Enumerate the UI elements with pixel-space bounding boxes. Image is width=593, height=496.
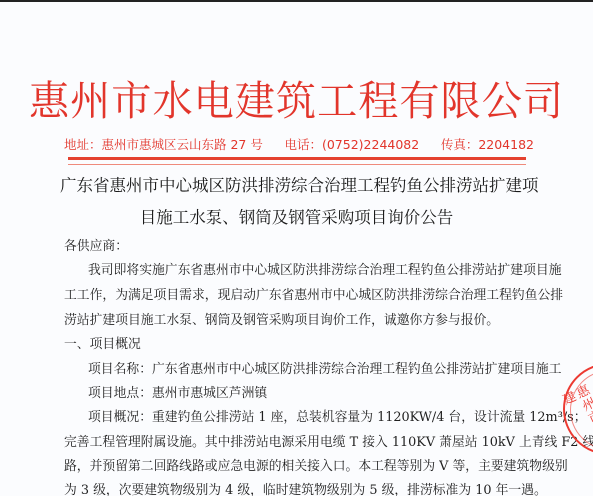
overview-line-2: 完善工程管理附属设施。其中排涝站电源采用电缆 T 接入 110KV 萧屋站 10… bbox=[64, 434, 534, 451]
letterhead-rule-thin bbox=[68, 164, 526, 165]
overview-line-4: 为 3 级，次要建筑物级别为 4 级，临时建筑物级别为 5 级，排涝标准为 10… bbox=[64, 482, 534, 496]
document-title-line-1: 广东省惠州市中心城区防洪排涝综合治理工程钓鱼公排涝站扩建项 bbox=[60, 175, 533, 197]
fax: 传真：2204182 bbox=[441, 136, 534, 154]
letterhead-rule-thick bbox=[68, 157, 526, 160]
intro-line-3: 涝站扩建项目施工水泵、钢筒及钢管采购项目询价工作，诚邀你方参与报价。 bbox=[64, 312, 534, 329]
phone: 电话：(0752)2244082 bbox=[284, 136, 419, 154]
project-location: 项目地点：惠州市惠城区芦洲镇 bbox=[88, 385, 558, 402]
page-top-edge bbox=[0, 0, 593, 2]
address: 地址：惠州市惠城区云山东路 27 号 bbox=[64, 136, 263, 154]
document-title-line-2: 目施工水泵、钢筒及钢管采购项目询价公告 bbox=[60, 207, 533, 229]
section-heading-project-overview: 一、项目概况 bbox=[64, 336, 534, 353]
intro-line-1: 我司即将实施广东省惠州市中心城区防洪排涝综合治理工程钓鱼公排涝站扩建项目施 bbox=[88, 262, 558, 279]
contact-line: 地址：惠州市惠城区云山东路 27 号 电话：(0752)2244082 传真：2… bbox=[64, 136, 534, 154]
project-name: 项目名称：广东省惠州市中心城区防洪排涝综合治理工程钓鱼公排涝站扩建项目施工 bbox=[88, 361, 558, 378]
company-name: 惠州市水电建筑工程有限公司 bbox=[6, 74, 587, 128]
overview-line-3: 路，并预留第二回路线路或应急电源的相关接入口。本工程等别为 V 等，主要建筑物级… bbox=[64, 458, 534, 475]
salutation: 各供应商： bbox=[64, 238, 534, 255]
overview-line-1: 项目概况：重建钓鱼公排涝站 1 座，总装机容量为 1120KW/4 台，设计流量… bbox=[88, 409, 558, 426]
intro-line-2: 工工作，为满足项目需求，现启动广东省惠州市中心城区防洪排涝综合治理工程钓鱼公排 bbox=[64, 287, 534, 304]
